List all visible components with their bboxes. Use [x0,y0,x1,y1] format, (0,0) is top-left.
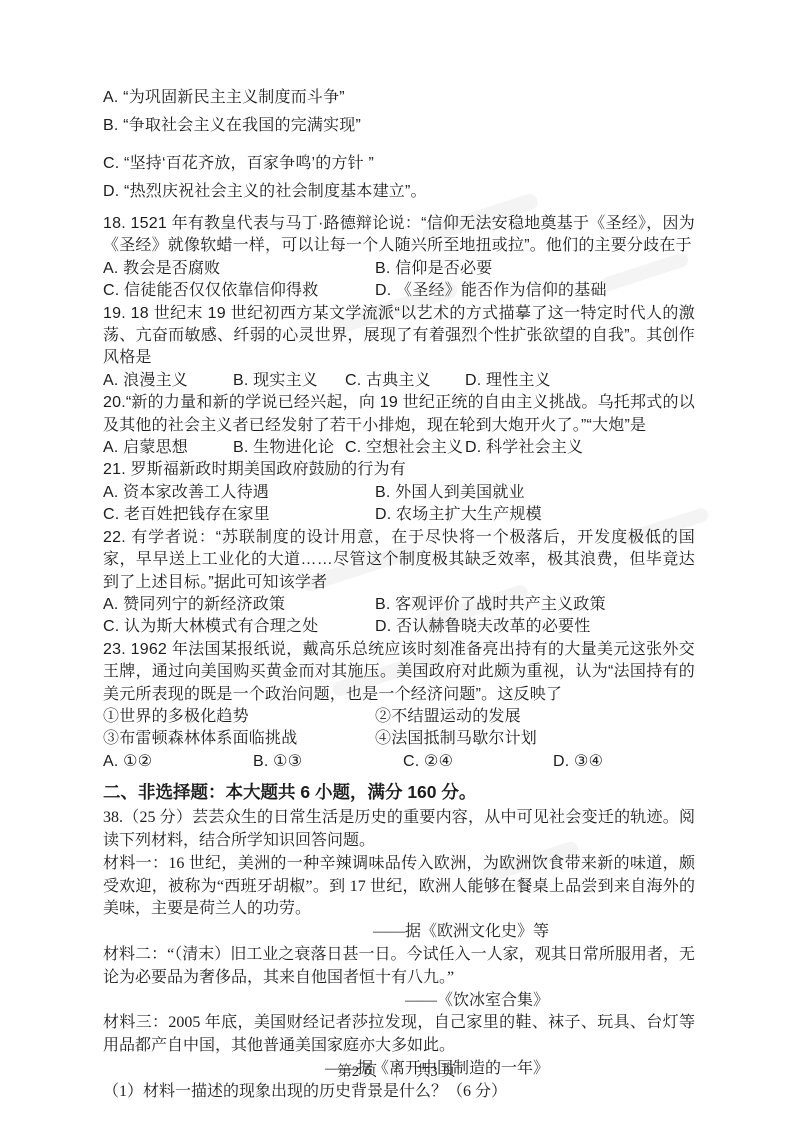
q23-option-d: D. ③④ [553,751,603,773]
q19-option-b: B. 现实主义 [233,370,345,392]
question-21-options-row-2: C. 老百姓把钱存在家里 D. 农场主扩大生产规模 [103,504,695,526]
page-content: A. “为巩固新民主主义制度而斗争” B. “争取社会主义在我国的完满实现” C… [103,84,695,1104]
q23-item-2: ②不结盟运动的发展 [375,706,521,728]
question-18-options-row-1: A. 教会是否腐败 B. 信仰是否必要 [103,258,695,280]
q18-option-a: A. 教会是否腐败 [103,258,375,280]
q20-option-b: B. 生物进化论 [233,437,345,459]
question-23-items-row-2: ③布雷顿森林体系面临挑战 ④法国抵制马歇尔计划 [103,728,695,750]
question-18-stem: 18. 1521 年有教皇代表与马丁·路德辩论说：“信仰无法安稳地奠基于《圣经》… [103,213,695,258]
question-21-options-row-1: A. 资本家改善工人待遇 B. 外国人到美国就业 [103,482,695,504]
q22-option-d: D. 否认赫鲁晓夫改革的必要性 [375,616,590,638]
q20-option-c: C. 空想社会主义 [345,437,465,459]
q20-option-a: A. 启蒙思想 [103,437,233,459]
q19-option-d: D. 理性主义 [465,370,551,392]
question-20-stem: 20.“新的力量和新的学说已经兴起，向 19 世纪正统的自由主义挑战。乌托邦式的… [103,392,695,437]
question-22: 22. 有学者说：“苏联制度的设计用意，在于尽快将一个极落后，开发度极低的国家，… [103,527,695,639]
q19-option-c: C. 古典主义 [345,370,465,392]
q20-option-d: D. 科学社会主义 [465,437,583,459]
question-18-options-row-2: C. 信徒能否仅仅依靠信仰得救 D. 《圣经》能否作为信仰的基础 [103,280,695,302]
question-19: 19. 18 世纪末 19 世纪初西方某文学流派“以艺术的方式描摹了这一特定时代… [103,303,695,393]
question-19-options-row: A. 浪漫主义 B. 现实主义 C. 古典主义 D. 理性主义 [103,370,695,392]
q38-sub-question-1: （1）材料一描述的现象出现的历史背景是什么？（6 分） [103,1081,695,1104]
q23-item-3: ③布雷顿森林体系面临挑战 [103,728,375,750]
q23-option-a: A. ①② [103,751,253,773]
question-23-items-row-1: ①世界的多极化趋势 ②不结盟运动的发展 [103,706,695,728]
q38-material-3: 材料三：2005 年底，美国财经记者莎拉发现，自己家里的鞋、袜子、玩具、台灯等用… [103,1012,695,1058]
q17-option-c: C. “坚持‘百花齐放，百家争鸣’的方针 ” [103,150,695,178]
question-18: 18. 1521 年有教皇代表与马丁·路德辩论说：“信仰无法安稳地奠基于《圣经》… [103,213,695,303]
q22-option-b: B. 客观评价了战时共产主义政策 [375,594,606,616]
q18-option-b: B. 信仰是否必要 [375,258,492,280]
question-23-stem: 23. 1962 年法国某报纸说，戴高乐总统应该时刻准备亮出持有的大量美元这张外… [103,639,695,706]
q21-option-c: C. 老百姓把钱存在家里 [103,504,375,526]
question-19-stem: 19. 18 世纪末 19 世纪初西方某文学流派“以艺术的方式描摹了这一特定时代… [103,303,695,370]
page-footer: 第2 页｜共3 页 [0,1060,793,1081]
exam-page: A. “为巩固新民主主义制度而斗争” B. “争取社会主义在我国的完满实现” C… [0,0,793,1122]
q17-option-a: A. “为巩固新民主主义制度而斗争” [103,84,695,112]
q23-option-b: B. ①③ [253,751,403,773]
question-23: 23. 1962 年法国某报纸说，戴高乐总统应该时刻准备亮出持有的大量美元这张外… [103,639,695,773]
footer-page-number: 第2 页 [331,1064,383,1080]
footer-separator: ｜ [383,1064,410,1080]
question-22-stem: 22. 有学者说：“苏联制度的设计用意，在于尽快将一个极落后，开发度极低的国家，… [103,527,695,594]
question-21-stem: 21. 罗斯福新政时期美国政府鼓励的行为有 [103,459,695,481]
q22-option-a: A. 赞同列宁的新经济政策 [103,594,375,616]
question-17-options: A. “为巩固新民主主义制度而斗争” B. “争取社会主义在我国的完满实现” C… [103,84,695,205]
q23-item-4: ④法国抵制马歇尔计划 [375,728,537,750]
q22-option-c: C. 认为斯大林模式有合理之处 [103,616,375,638]
q21-option-d: D. 农场主扩大生产规模 [375,504,542,526]
q17-option-b: B. “争取社会主义在我国的完满实现” [103,112,695,140]
q21-option-a: A. 资本家改善工人待遇 [103,482,375,504]
q38-source-2: ——《饮冰室合集》 [103,990,695,1013]
question-38-intro: 38.（25 分）芸芸众生的日常生活是历史的重要内容，从中可见社会变迁的轨迹。阅… [103,807,695,853]
q17-option-d: D. “热烈庆祝社会主义的社会制度基本建立”。 [103,178,695,206]
q38-material-1: 材料一：16 世纪，美洲的一种辛辣调味品传入欧洲，为欧洲饮食带来新的味道，颇受欢… [103,853,695,921]
q23-option-c: C. ②④ [403,751,553,773]
question-20-options-row: A. 启蒙思想 B. 生物进化论 C. 空想社会主义 D. 科学社会主义 [103,437,695,459]
question-23-options-row: A. ①② B. ①③ C. ②④ D. ③④ [103,751,695,773]
question-22-options-row-1: A. 赞同列宁的新经济政策 B. 客观评价了战时共产主义政策 [103,594,695,616]
question-20: 20.“新的力量和新的学说已经兴起，向 19 世纪正统的自由主义挑战。乌托邦式的… [103,392,695,459]
question-21: 21. 罗斯福新政时期美国政府鼓励的行为有 A. 资本家改善工人待遇 B. 外国… [103,459,695,526]
q19-option-a: A. 浪漫主义 [103,370,233,392]
q38-material-2: 材料二：“（清末）旧工业之衰落日甚一日。今试任入一人家，观其日常所服用者，无论为… [103,944,695,990]
section-2-heading: 二、非选择题：本大题共 6 小题，满分 160 分。 [103,780,695,804]
q23-item-1: ①世界的多极化趋势 [103,706,375,728]
q38-source-1: ——据《欧洲文化史》等 [103,921,695,944]
q18-option-c: C. 信徒能否仅仅依靠信仰得救 [103,280,375,302]
footer-total-pages: 共3 页 [410,1064,462,1080]
q21-option-b: B. 外国人到美国就业 [375,482,525,504]
q18-option-d: D. 《圣经》能否作为信仰的基础 [375,280,607,302]
question-22-options-row-2: C. 认为斯大林模式有合理之处 D. 否认赫鲁晓夫改革的必要性 [103,616,695,638]
